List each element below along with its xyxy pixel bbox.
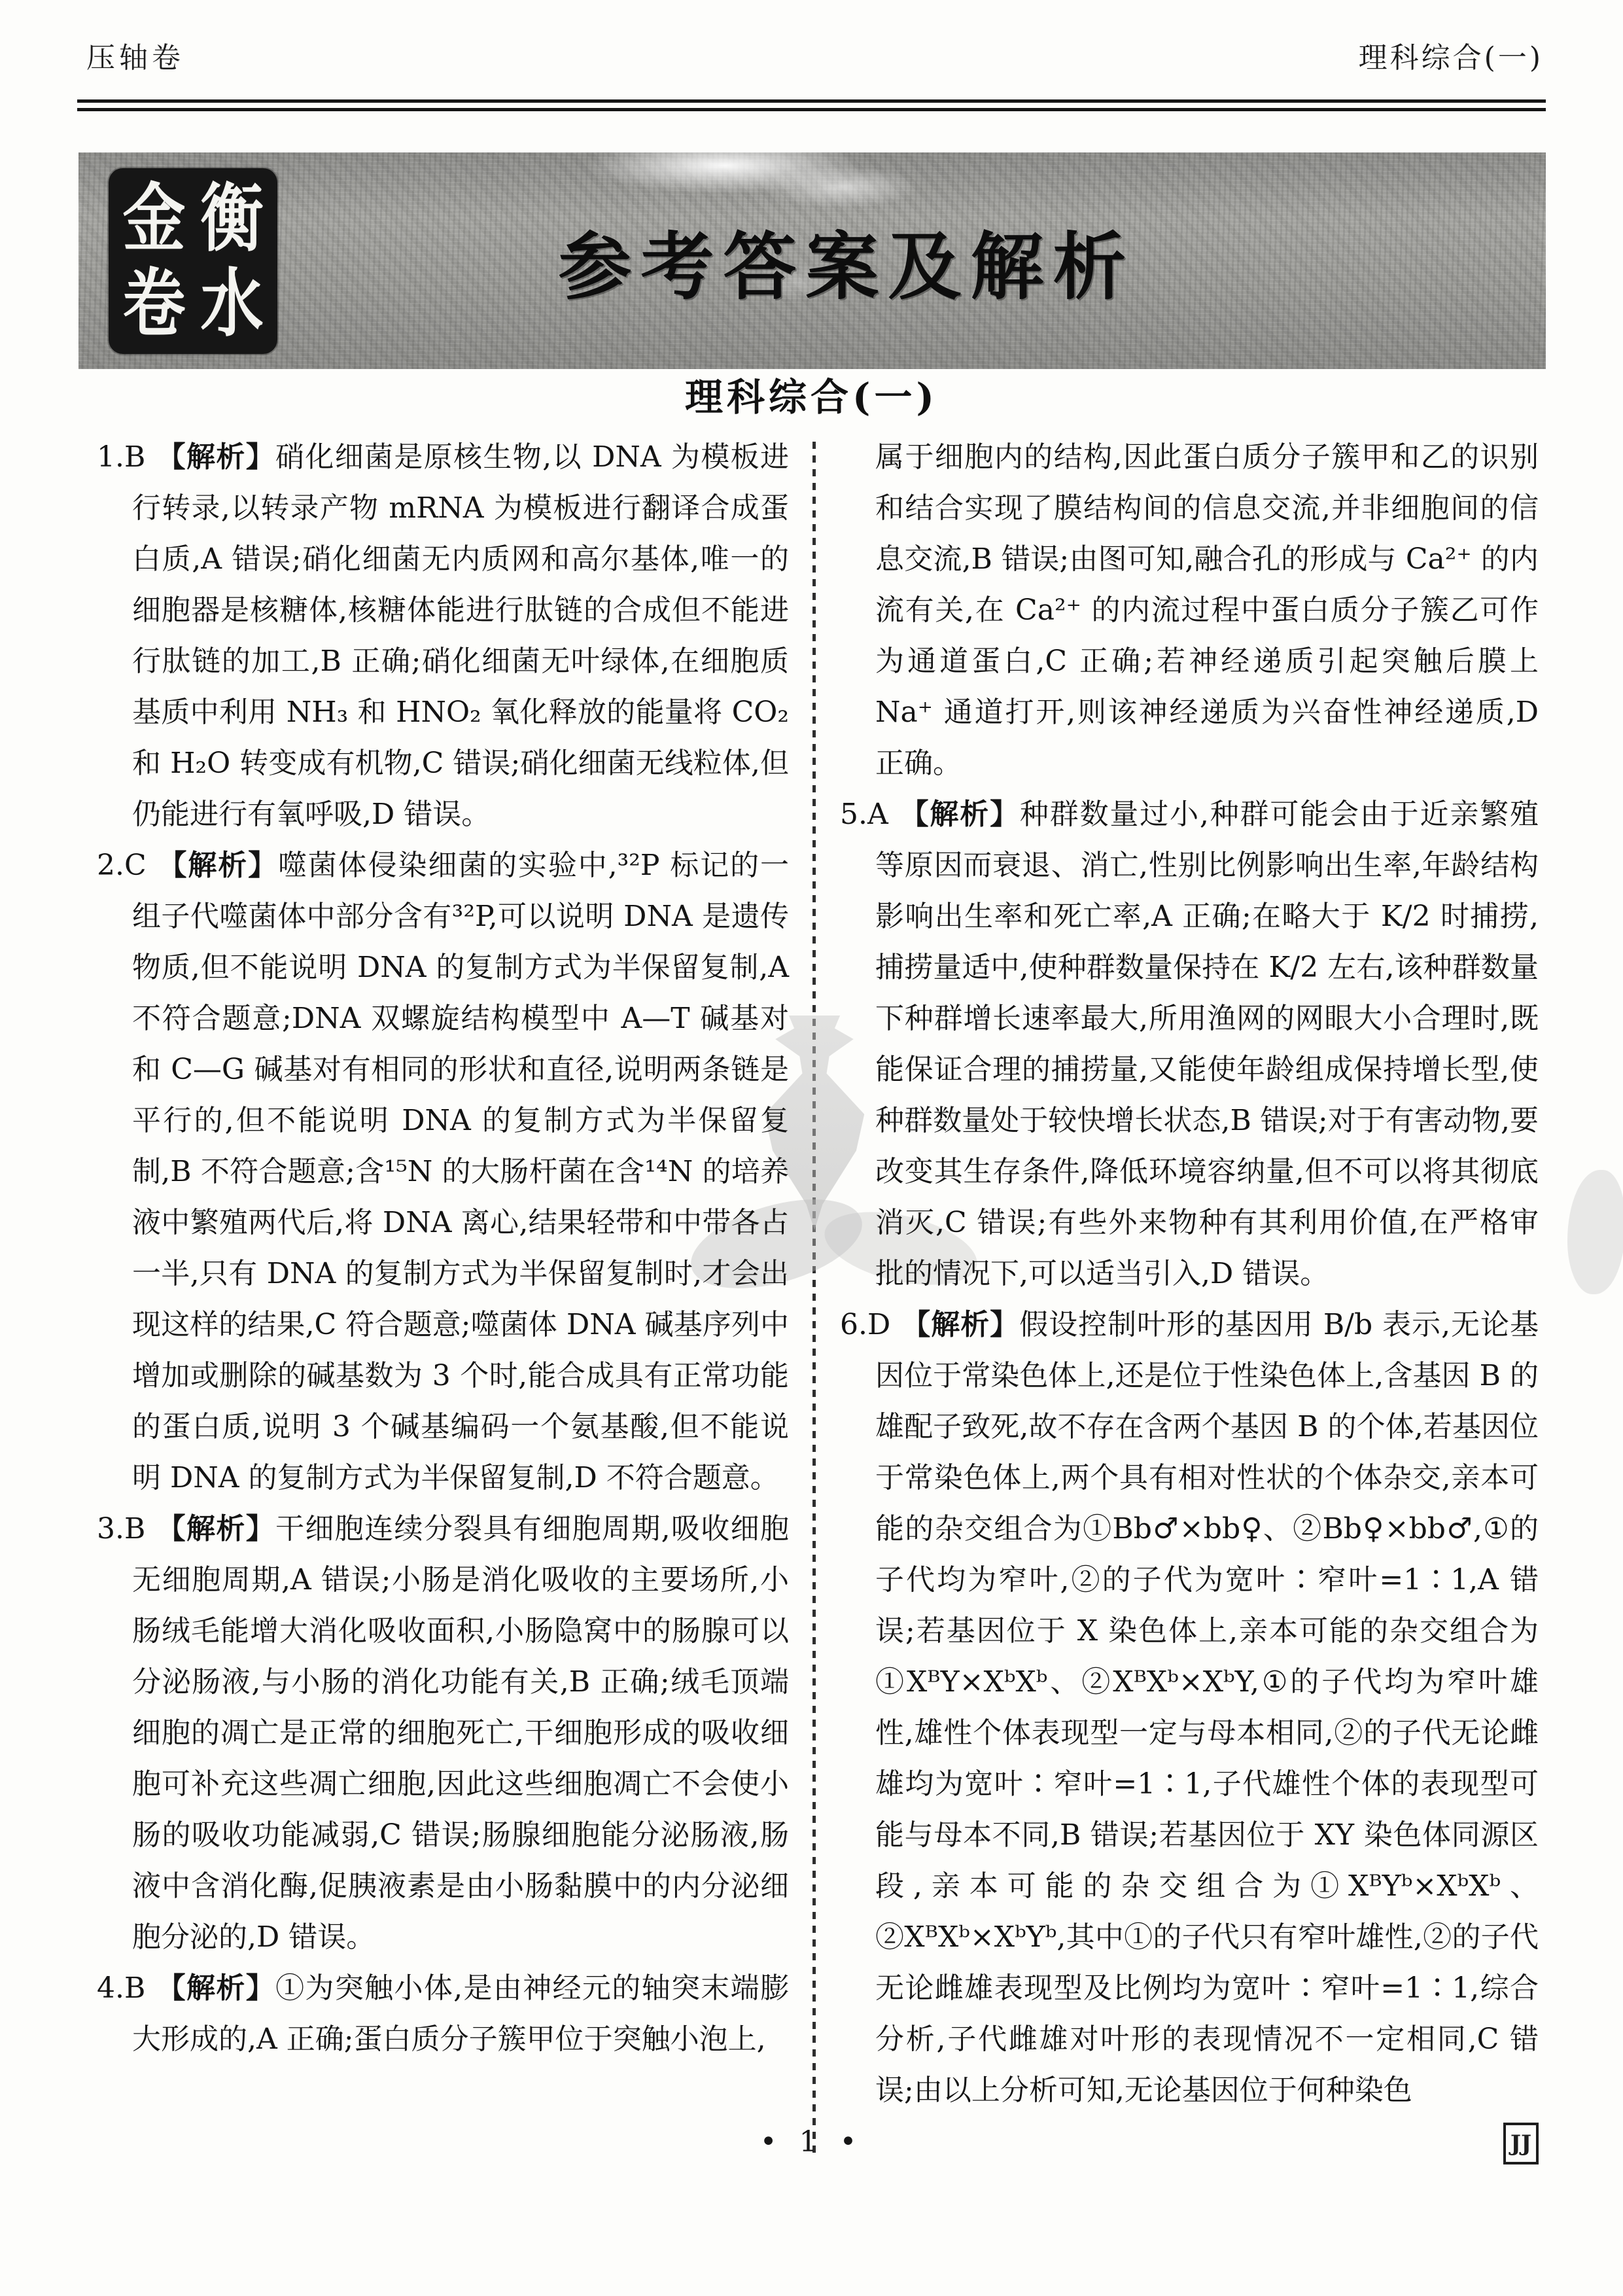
answer-number: 1.B: [97, 440, 145, 474]
answer-number: 6.D: [840, 1308, 890, 1341]
seal-char: 衡: [201, 181, 264, 255]
edition-mark: JJ: [1503, 2123, 1539, 2164]
seal-char: 金: [123, 181, 186, 255]
header-booklet-name: 压轴卷: [86, 34, 184, 76]
analysis-label: 【解析】: [901, 1308, 1019, 1341]
answer-number: 5.A: [840, 798, 888, 831]
brand-seal-icon: 金 衡 卷 水: [109, 168, 277, 354]
scan-artifact: [1567, 1170, 1623, 1294]
answer-item-5: 5.A【解析】种群数量过小,种群可能会由于近亲繁殖等原因而衰退、消亡,性别比例影…: [840, 789, 1539, 1299]
answer-sheet-page: 压轴卷 理科综合(一) 金 衡 卷 水 参考答案及解析 理科综合(一) 1.B【…: [0, 0, 1623, 2296]
answer-number: 4.B: [97, 1971, 145, 2005]
page-number: • 1 •: [0, 2125, 1623, 2159]
analysis-text: 噬菌体侵染细菌的实验中,³²P 标记的一组子代噬菌体中部分含有³²P,可以说明 …: [132, 849, 789, 1494]
header-rule-top: [77, 99, 1546, 103]
answer-item-6: 6.D【解析】假设控制叶形的基因用 B/b 表示,无论基因位于常染色体上,还是位…: [840, 1299, 1539, 2116]
header-rule-bottom: [77, 108, 1546, 111]
answer-number: 3.B: [97, 1512, 145, 1545]
answer-item-3: 3.B【解析】干细胞连续分裂具有细胞周期,吸收细胞无细胞周期,A 错误;小肠是消…: [97, 1504, 789, 1963]
analysis-label: 【解析】: [899, 798, 1020, 831]
analysis-label: 【解析】: [157, 849, 278, 882]
seal-char: 水: [201, 266, 264, 340]
answer-item-4-continuation: 属于细胞内的结构,因此蛋白质分子簇甲和乙的识别和结合实现了膜结构间的信息交流,并…: [840, 432, 1539, 789]
answers-banner: 金 衡 卷 水 参考答案及解析: [79, 152, 1546, 369]
answer-item-4: 4.B【解析】①为突触小体,是由神经元的轴突末端膨大形成的,A 正确;蛋白质分子…: [97, 1963, 789, 2065]
answer-item-1: 1.B【解析】硝化细菌是原核生物,以 DNA 为模板进行转录,以转录产物 mRN…: [97, 432, 789, 840]
analysis-label: 【解析】: [156, 440, 275, 474]
section-title: 理科综合(一): [0, 366, 1623, 421]
column-divider: [812, 442, 816, 2159]
answers-column-left: 1.B【解析】硝化细菌是原核生物,以 DNA 为模板进行转录,以转录产物 mRN…: [97, 432, 789, 2065]
analysis-text: 假设控制叶形的基因用 B/b 表示,无论基因位于常染色体上,还是位于性染色体上,…: [875, 1308, 1539, 2107]
analysis-label: 【解析】: [156, 1971, 275, 2005]
header-subject-name: 理科综合(一): [1359, 34, 1543, 76]
analysis-label: 【解析】: [156, 1512, 275, 1545]
banner-title: 参考答案及解析: [558, 208, 1135, 313]
seal-char: 卷: [123, 266, 186, 340]
answer-item-2: 2.C【解析】噬菌体侵染细菌的实验中,³²P 标记的一组子代噬菌体中部分含有³²…: [97, 840, 789, 1504]
answers-column-right: 属于细胞内的结构,因此蛋白质分子簇甲和乙的识别和结合实现了膜结构间的信息交流,并…: [840, 432, 1539, 2116]
analysis-text: 干细胞连续分裂具有细胞周期,吸收细胞无细胞周期,A 错误;小肠是消化吸收的主要场…: [132, 1512, 789, 1954]
analysis-text: 种群数量过小,种群可能会由于近亲繁殖等原因而衰退、消亡,性别比例影响出生率,年龄…: [875, 798, 1539, 1290]
answer-number: 2.C: [97, 849, 147, 882]
analysis-text: 硝化细菌是原核生物,以 DNA 为模板进行转录,以转录产物 mRNA 为模板进行…: [132, 440, 789, 831]
